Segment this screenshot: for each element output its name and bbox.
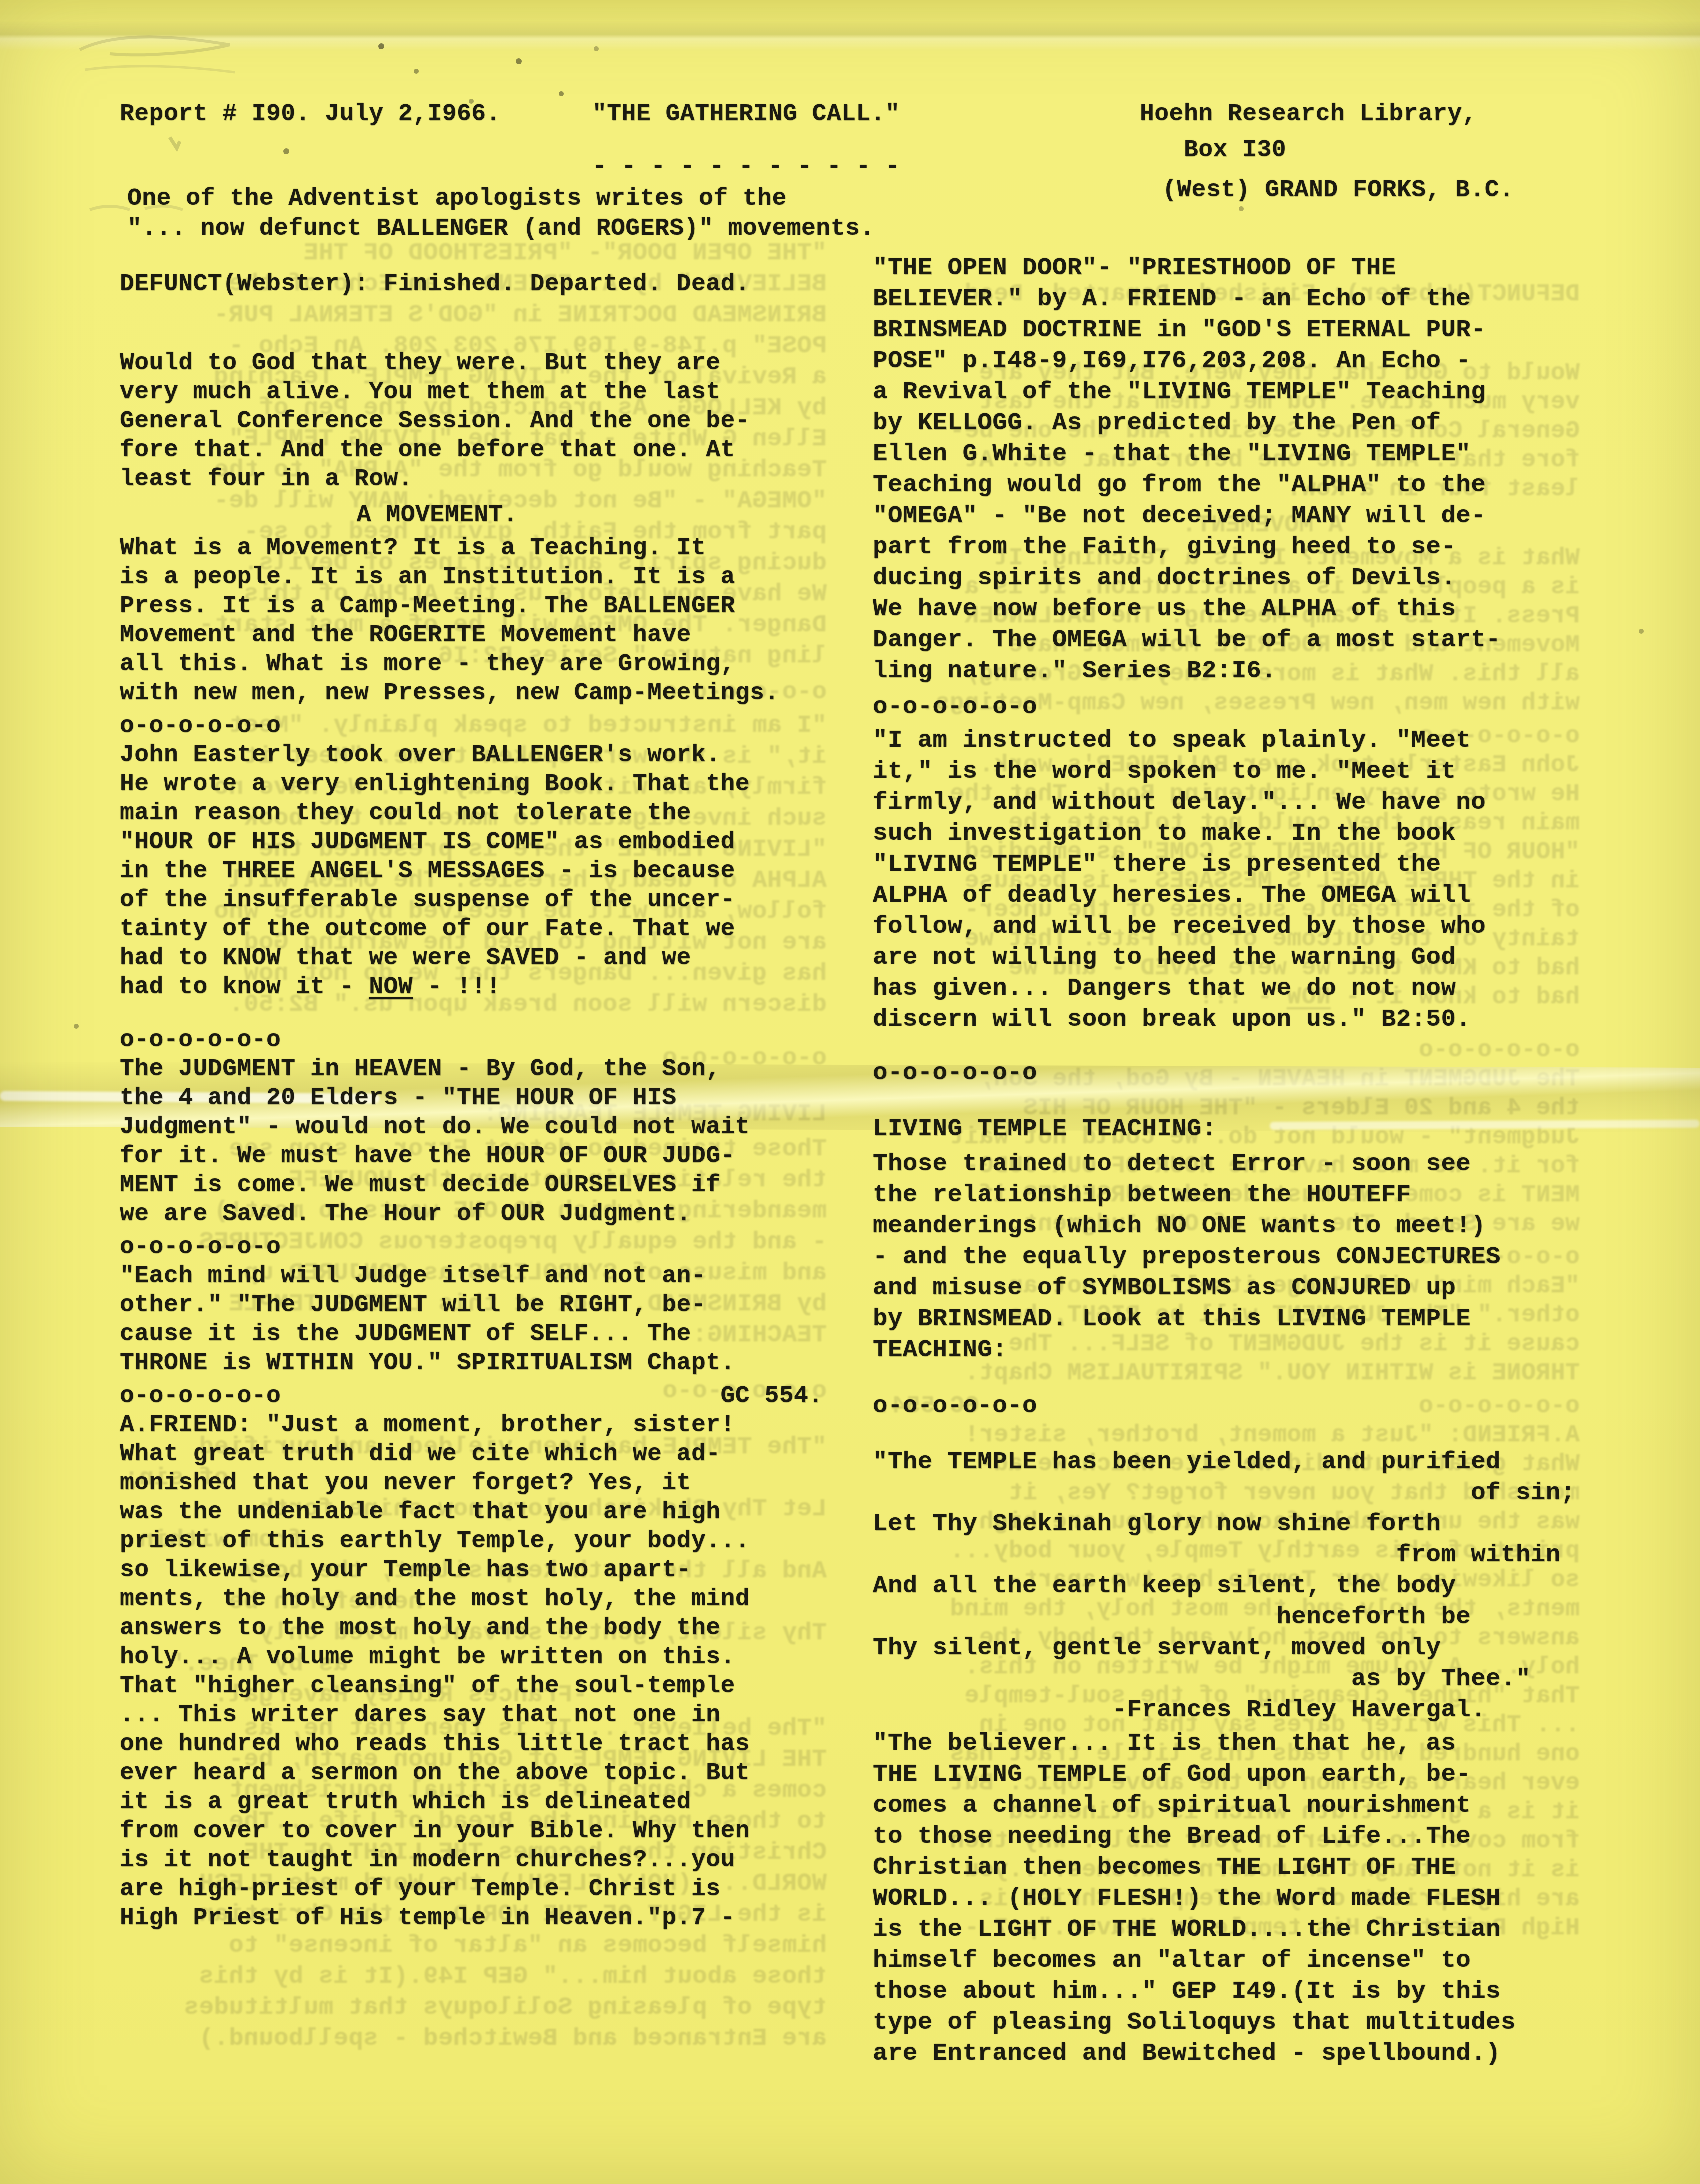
separator: o-o-o-o-o-o xyxy=(873,1390,1683,1421)
paragraph-those-trained: Those trained to detect Error - soon see… xyxy=(873,1148,1683,1365)
ink-specks xyxy=(0,0,3,3)
separator: o-o-o-o-o-o xyxy=(120,1026,880,1055)
left-column: DEFUNCT(Webster): Finished. Departed. De… xyxy=(120,270,880,1933)
paragraph-what-is-a-movement: What is a Movement? It is a Teaching. It… xyxy=(120,534,880,708)
separator: o-o-o-o-o-o xyxy=(120,1233,880,1262)
newsletter-title: "THE GATHERING CALL." xyxy=(592,100,900,129)
title-underline: - - - - - - - - - - - xyxy=(592,152,900,181)
section-heading-living-temple: LIVING TEMPLE TEACHING: xyxy=(873,1113,1683,1144)
section-heading-a-movement: A MOVEMENT. xyxy=(120,501,755,530)
paragraph-open-door: "THE OPEN DOOR"- "PRIESTHOOD OF THE BELI… xyxy=(873,252,1683,686)
paragraph-instructed-to-speak: "I am instructed to speak plainly. "Meet… xyxy=(873,725,1683,1035)
document-page: DEFUNCT(Webster): Finished. Departed. De… xyxy=(0,0,1700,2184)
separator: o-o-o-o-o-o xyxy=(873,691,1683,722)
report-number-date: Report # I90. July 2,I966. xyxy=(120,100,501,129)
paragraph-a-friend-quote: A.FRIEND: "Just a moment, brother, siste… xyxy=(120,1411,880,1933)
publisher-city: (West) GRAND FORKS, B.C. xyxy=(1162,176,1514,205)
paragraph-the-believer: "The believer... It is then that he, as … xyxy=(873,1728,1683,2069)
paragraph-john-easterly: John Easterly took over BALLENGER's work… xyxy=(120,741,880,1002)
separator-with-citation: o-o-o-o-o-o GC 554. xyxy=(120,1382,880,1411)
publisher-name: Hoehn Research Library, xyxy=(1140,100,1477,129)
right-column: "THE OPEN DOOR"- "PRIESTHOOD OF THE BELI… xyxy=(873,252,1683,2069)
paper-crease-top xyxy=(0,21,1700,51)
paragraph-would-to-god: Would to God that they were. But they ar… xyxy=(120,349,880,494)
paragraph-defunct-definition: DEFUNCT(Webster): Finished. Departed. De… xyxy=(120,270,880,299)
separator: o-o-o-o-o-o xyxy=(120,712,880,741)
separator: o-o-o-o-o-o xyxy=(873,1057,1683,1088)
paragraph-each-mind: "Each mind will Judge itself and not an-… xyxy=(120,1262,880,1378)
paragraph-judgment-in-heaven: The JUDGMENT in HEAVEN - By God, the Son… xyxy=(120,1055,880,1229)
intro-lines: One of the Adventist apologists writes o… xyxy=(127,184,875,244)
poem-temple-yielded: "The TEMPLE has been yielded, and purifi… xyxy=(873,1446,1683,1725)
publisher-po-box: Box I30 xyxy=(1184,136,1286,165)
